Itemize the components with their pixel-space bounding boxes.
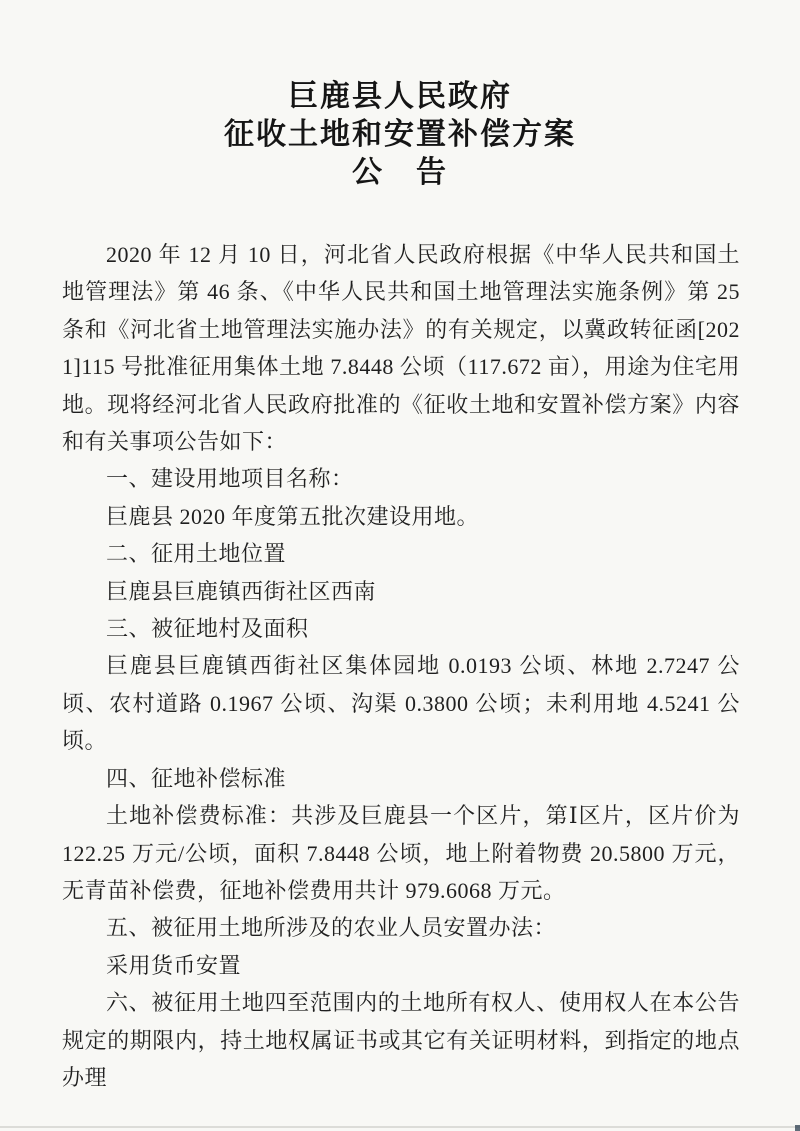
title-line-subject: 征收土地和安置补偿方案 <box>0 116 800 154</box>
scanned-announcement-page: 巨鹿县人民政府 征收土地和安置补偿方案 公 告 2020 年 12 月 10 日… <box>0 0 800 1131</box>
body-paragraph-section2-content: 巨鹿县巨鹿镇西街社区西南 <box>62 573 740 610</box>
document-body: 2020 年 12 月 10 日，河北省人民政府根据《中华人民共和国土地管理法》… <box>62 236 740 1096</box>
body-paragraph-section3-content: 巨鹿县巨鹿镇西街社区集体园地 0.0193 公顷、林地 2.7247 公顷、农村… <box>62 647 740 759</box>
body-paragraph-section6-content: 六、被征用土地四至范围内的土地所有权人、使用权人在本公告规定的期限内，持土地权属… <box>62 984 740 1096</box>
document-title: 巨鹿县人民政府 征收土地和安置补偿方案 公 告 <box>0 78 800 192</box>
body-paragraph-section1-heading: 一、建设用地项目名称： <box>62 460 740 497</box>
body-paragraph-section5-heading: 五、被征用土地所涉及的农业人员安置办法： <box>62 909 740 946</box>
title-line-notice: 公 告 <box>0 154 800 192</box>
body-paragraph-section2-heading: 二、征用土地位置 <box>62 535 740 572</box>
body-paragraph-section4-content: 土地补偿费标准：共涉及巨鹿县一个区片，第Ⅰ区片，区片价为 122.25 万元/公… <box>62 797 740 909</box>
body-paragraph-section1-content: 巨鹿县 2020 年度第五批次建设用地。 <box>62 498 740 535</box>
body-paragraph-section4-heading: 四、征地补偿标准 <box>62 760 740 797</box>
body-paragraph-section5-content: 采用货币安置 <box>62 947 740 984</box>
scan-corner-artifact <box>795 1125 800 1131</box>
scan-edge-line <box>0 1126 800 1128</box>
body-paragraph-intro: 2020 年 12 月 10 日，河北省人民政府根据《中华人民共和国土地管理法》… <box>62 236 740 460</box>
title-line-agency: 巨鹿县人民政府 <box>0 78 800 116</box>
body-paragraph-section3-heading: 三、被征地村及面积 <box>62 610 740 647</box>
